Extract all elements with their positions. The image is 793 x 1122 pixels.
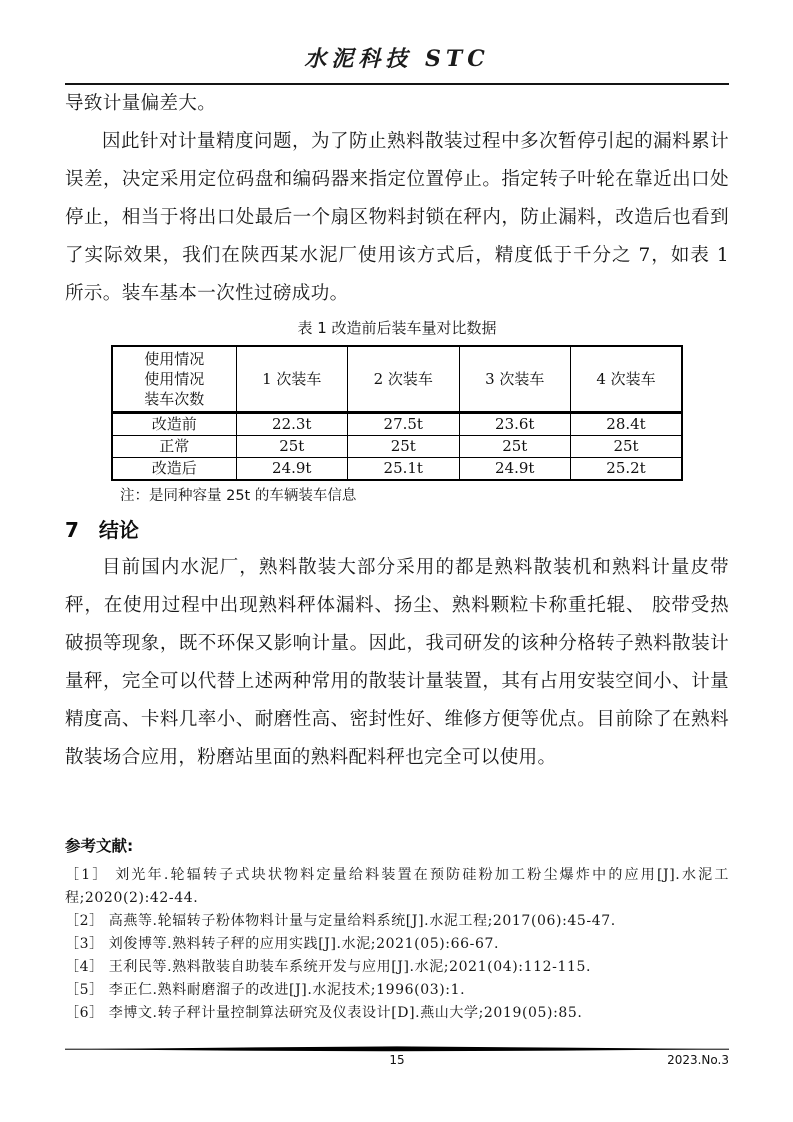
corner-line: 装车次数 <box>113 389 236 409</box>
reference-item: ［1］ 刘光年.轮辐转子式块状物料定量给料装置在预防硅粉加工粉尘爆炸中的应用[J… <box>65 864 729 910</box>
table-cell: 23.6t <box>459 412 571 435</box>
row-label: 正常 <box>112 435 236 457</box>
corner-line: 使用情况 <box>113 369 236 389</box>
table-cell: 24.9t <box>459 457 571 480</box>
table-body: 改造前 22.3t 27.5t 23.6t 28.4t 正常 25t 25t 2… <box>112 412 682 480</box>
table-cell: 28.4t <box>571 412 683 435</box>
table-corner-cell: 使用情况 使用情况 装车次数 <box>112 346 236 412</box>
table-row: 改造前 22.3t 27.5t 23.6t 28.4t <box>112 412 682 435</box>
journal-title: 水泥科技 STC <box>65 44 729 74</box>
table-row: 改造后 24.9t 25.1t 24.9t 25.2t <box>112 457 682 480</box>
table-cell: 25.1t <box>348 457 460 480</box>
table-cell: 25t <box>236 435 348 457</box>
corner-line: 使用情况 <box>113 349 236 369</box>
conclusion-paragraph: 目前国内水泥厂，熟料散装大部分采用的都是熟料散装机和熟料计量皮带秤，在使用过程中… <box>65 549 729 777</box>
table-cell: 25t <box>571 435 683 457</box>
section-number: 7 <box>65 518 79 542</box>
table-cell: 25t <box>348 435 460 457</box>
loading-comparison-table: 使用情况 使用情况 装车次数 1 次装车 2 次装车 3 次装车 4 次装车 改… <box>111 345 683 481</box>
document-page: 水泥科技 STC 导致计量偏差大。 因此针对计量精度问题，为了防止熟料散装过程中… <box>0 0 793 1122</box>
section-heading-conclusion: 7结论 <box>65 517 729 544</box>
column-header: 4 次装车 <box>571 346 683 412</box>
footer-tapered-rule <box>65 1046 729 1052</box>
column-header: 1 次装车 <box>236 346 348 412</box>
row-label: 改造前 <box>112 412 236 435</box>
table-cell: 22.3t <box>236 412 348 435</box>
page-header: 水泥科技 STC <box>65 0 729 85</box>
table-cell: 27.5t <box>348 412 460 435</box>
section-title: 结论 <box>99 518 139 542</box>
column-header: 3 次装车 <box>459 346 571 412</box>
reference-item: ［2］ 高燕等.轮辐转子粉体物料计量与定量给料系统[J].水泥工程;2017(0… <box>65 910 729 933</box>
table-header-row: 使用情况 使用情况 装车次数 1 次装车 2 次装车 3 次装车 4 次装车 <box>112 346 682 412</box>
page-content: 水泥科技 STC 导致计量偏差大。 因此针对计量精度问题，为了防止熟料散装过程中… <box>0 0 793 1025</box>
body-paragraph: 因此针对计量精度问题，为了防止熟料散装过程中多次暂停引起的漏料累计误差，决定采用… <box>65 123 729 313</box>
table-cell: 25t <box>459 435 571 457</box>
table-head: 使用情况 使用情况 装车次数 1 次装车 2 次装车 3 次装车 4 次装车 <box>112 346 682 412</box>
reference-item: ［3］ 刘俊博等.熟料转子秤的应用实践[J].水泥;2021(05):66-67… <box>65 933 729 956</box>
table-note: 注：是同种容量 25t 的车辆装车信息 <box>120 486 729 506</box>
table-row: 正常 25t 25t 25t 25t <box>112 435 682 457</box>
reference-item: ［6］ 李博文.转子秤计量控制算法研究及仪表设计[D].燕山大学;2019(05… <box>65 1002 729 1025</box>
table-cell: 24.9t <box>236 457 348 480</box>
page-number: 15 <box>65 1053 729 1067</box>
reference-item: ［4］ 王利民等.熟料散装自助装车系统开发与应用[J].水泥;2021(04):… <box>65 956 729 979</box>
reference-item: ［5］ 李正仁.熟料耐磨溜子的改进[J].水泥技术;1996(03):1. <box>65 979 729 1002</box>
footer-text-row: 15 2023.No.3 <box>65 1053 729 1069</box>
column-header: 2 次装车 <box>348 346 460 412</box>
page-footer: 15 2023.No.3 <box>65 1046 729 1069</box>
references-section: 参考文献: ［1］ 刘光年.轮辐转子式块状物料定量给料装置在预防硅粉加工粉尘爆炸… <box>65 835 729 1025</box>
table-cell: 25.2t <box>571 457 683 480</box>
table-caption: 表 1 改造前后装车量对比数据 <box>65 317 729 339</box>
references-heading: 参考文献: <box>65 835 729 857</box>
issue-number: 2023.No.3 <box>667 1053 729 1067</box>
references-list: ［1］ 刘光年.轮辐转子式块状物料定量给料装置在预防硅粉加工粉尘爆炸中的应用[J… <box>65 864 729 1025</box>
continuation-paragraph: 导致计量偏差大。 <box>65 85 729 123</box>
row-label: 改造后 <box>112 457 236 480</box>
